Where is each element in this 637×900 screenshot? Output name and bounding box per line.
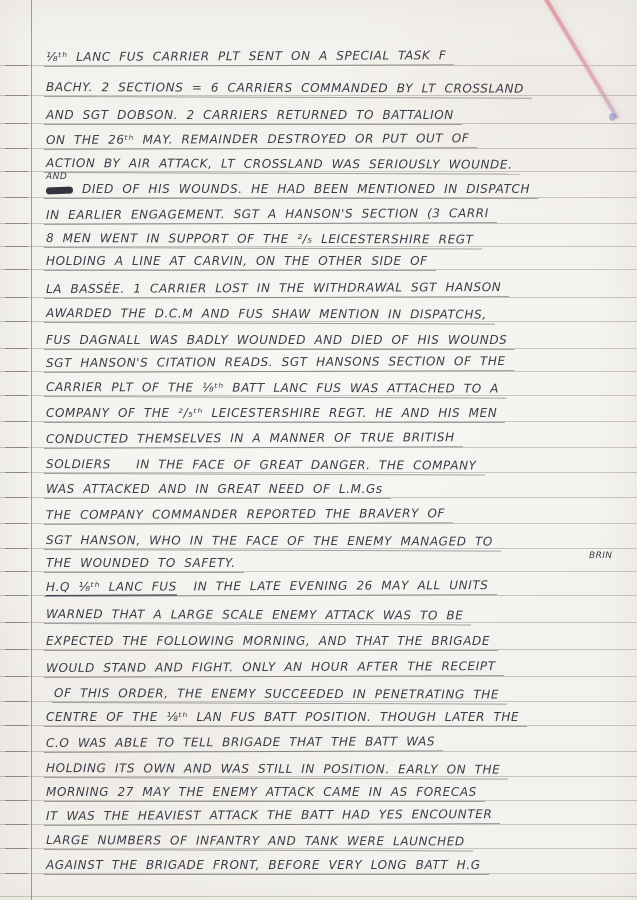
line-text: IT WAS THE HEAVIEST ATTACK THE BATT HAD … bbox=[46, 807, 492, 823]
line-text-group: AGAINST THE BRIGADE FRONT, BEFORE VERY L… bbox=[44, 858, 489, 875]
handwritten-line: ACTION BY AIR ATTACK, LT CROSSLAND WAS S… bbox=[0, 146, 637, 172]
line-text: HOLDING A LINE AT CARVIN, ON THE OTHER S… bbox=[46, 254, 428, 268]
line-text: ⅛ᵗʰ LANC FUS CARRIER PLT SENT ON A SPECI… bbox=[46, 48, 446, 64]
line-text: LA BASSÉE. 1 CARRIER LOST IN THE WITHDRA… bbox=[46, 280, 501, 296]
line-text-group: WAS ATTACKED AND IN GREAT NEED OF L.M.Gs bbox=[44, 482, 391, 499]
handwritten-line: H.Q ⅛ᵗʰ LANC FUS IN THE LATE EVENING 26 … bbox=[0, 570, 637, 596]
handwritten-line: AGAINST THE BRIGADE FRONT, BEFORE VERY L… bbox=[0, 848, 637, 874]
margin-rule-dash bbox=[5, 595, 28, 596]
line-text: LARGE NUMBERS OF INFANTRY AND TANK WERE … bbox=[46, 833, 465, 848]
handwritten-line: EXPECTED THE FOLLOWING MORNING, AND THAT… bbox=[0, 624, 637, 650]
inserted-word: AND bbox=[46, 172, 67, 182]
handwritten-line: CARRIER PLT OF THE ⅛ᵗʰ BATT LANC FUS WAS… bbox=[0, 370, 637, 396]
handwritten-line: WAS ATTACKED AND IN GREAT NEED OF L.M.Gs bbox=[0, 472, 637, 498]
line-text-group: DIED OF HIS WOUNDS. HE HAD BEEN MENTIONE… bbox=[44, 182, 538, 199]
handwritten-line: ⅛ᵗʰ LANC FUS CARRIER PLT SENT ON A SPECI… bbox=[0, 40, 637, 66]
handwritten-line: LA BASSÉE. 1 CARRIER LOST IN THE WITHDRA… bbox=[0, 272, 637, 298]
line-text: SGT HANSON'S CITATION READS. SGT HANSONS… bbox=[46, 354, 506, 370]
line-text: IN EARLIER ENGAGEMENT. SGT A HANSON'S SE… bbox=[46, 206, 489, 222]
handwritten-line: SOLDIERS IN THE FACE OF GREAT DANGER. TH… bbox=[0, 447, 637, 473]
line-text: WAS ATTACKED AND IN GREAT NEED OF L.M.Gs bbox=[46, 482, 383, 496]
line-text: WOULD STAND AND FIGHT. ONLY AN HOUR AFTE… bbox=[46, 659, 496, 675]
line-text: FUS DAGNALL WAS BADLY WOUNDED AND DIED O… bbox=[46, 333, 507, 347]
margin-rule-dash bbox=[5, 95, 28, 96]
line-text: AWARDED THE D.C.M AND FUS SHAW MENTION I… bbox=[46, 306, 487, 322]
handwritten-line: WARNED THAT A LARGE SCALE ENEMY ATTACK W… bbox=[0, 597, 637, 623]
line-text: THE COMPANY COMMANDER REPORTED THE BRAVE… bbox=[46, 506, 445, 522]
line-text-group: COMPANY OF THE ²/₅ᵗʰ LEICESTERSHIRE REGT… bbox=[44, 406, 505, 423]
line-text: ON THE 26ᵗʰ MAY. REMAINDER DESTROYED OR … bbox=[46, 131, 469, 147]
margin-rule-dash bbox=[5, 649, 28, 650]
handwritten-line: C.O WAS ABLE TO TELL BRIGADE THAT THE BA… bbox=[0, 726, 637, 752]
margin-rule-dash bbox=[5, 65, 28, 66]
handwritten-line: ANDDIED OF HIS WOUNDS. HE HAD BEEN MENTI… bbox=[0, 172, 637, 198]
handwritten-line: COMPANY OF THE ²/₅ᵗʰ LEICESTERSHIRE REGT… bbox=[0, 396, 637, 422]
margin-rule-dash bbox=[5, 873, 28, 874]
line-text-group: WARNED THAT A LARGE SCALE ENEMY ATTACK W… bbox=[44, 607, 471, 625]
line-text: MORNING 27 MAY THE ENEMY ATTACK CAME IN … bbox=[46, 785, 477, 799]
handwritten-line: BACHY. 2 SECTIONS = 6 CARRIERS COMMANDED… bbox=[0, 70, 637, 96]
line-text: CONDUCTED THEMSELVES IN A MANNER OF TRUE… bbox=[46, 430, 455, 446]
handwritten-line: HOLDING A LINE AT CARVIN, ON THE OTHER S… bbox=[0, 244, 637, 270]
line-text: CARRIER PLT OF THE ⅛ᵗʰ BATT LANC FUS WAS… bbox=[46, 380, 499, 396]
line-text-group: AWARDED THE D.C.M AND FUS SHAW MENTION I… bbox=[44, 306, 495, 325]
line-text: CENTRE OF THE ⅛ᵗʰ LAN FUS BATT POSITION.… bbox=[46, 710, 519, 724]
handwritten-line: WOULD STAND AND FIGHT. ONLY AN HOUR AFTE… bbox=[0, 651, 637, 677]
underlined-heading: H.Q ⅛ᵗʰ LANC FUS bbox=[46, 579, 177, 596]
line-text: BACHY. 2 SECTIONS = 6 CARRIERS COMMANDED… bbox=[46, 80, 524, 96]
handwritten-line: IT WAS THE HEAVIEST ATTACK THE BATT HAD … bbox=[0, 799, 637, 825]
line-text-group: ⅛ᵗʰ LANC FUS CARRIER PLT SENT ON A SPECI… bbox=[44, 48, 455, 67]
line-text-group: EXPECTED THE FOLLOWING MORNING, AND THAT… bbox=[44, 634, 498, 651]
strikethrough-scribble bbox=[46, 187, 73, 195]
line-text: EXPECTED THE FOLLOWING MORNING, AND THAT… bbox=[46, 634, 490, 648]
line-text: DIED OF HIS WOUNDS. HE HAD BEEN MENTIONE… bbox=[82, 182, 530, 196]
line-text-group: CENTRE OF THE ⅛ᵗʰ LAN FUS BATT POSITION.… bbox=[44, 710, 527, 727]
line-text-group: HOLDING A LINE AT CARVIN, ON THE OTHER S… bbox=[44, 254, 436, 271]
line-text: C.O WAS ABLE TO TELL BRIGADE THAT THE BA… bbox=[46, 734, 435, 750]
margin-rule-dash bbox=[5, 622, 28, 623]
line-text: THE WOUNDED TO SAFETY. bbox=[46, 556, 236, 570]
margin-rule-dash bbox=[5, 321, 28, 322]
document-page: ⅛ᵗʰ LANC FUS CARRIER PLT SENT ON A SPECI… bbox=[0, 0, 637, 900]
handwritten-line: LARGE NUMBERS OF INFANTRY AND TANK WERE … bbox=[0, 823, 637, 849]
ruled-line bbox=[0, 896, 637, 897]
line-text-group: H.Q ⅛ᵗʰ LANC FUS IN THE LATE EVENING 26 … bbox=[44, 578, 497, 597]
handwritten-line: AWARDED THE D.C.M AND FUS SHAW MENTION I… bbox=[0, 296, 637, 322]
margin-rule-dash bbox=[5, 269, 28, 270]
handwritten-line: CENTRE OF THE ⅛ᵗʰ LAN FUS BATT POSITION.… bbox=[0, 700, 637, 726]
line-text: ACTION BY AIR ATTACK, LT CROSSLAND WAS S… bbox=[46, 156, 513, 172]
handwritten-line: THE WOUNDED TO SAFETY. bbox=[0, 546, 637, 572]
handwritten-line: MORNING 27 MAY THE ENEMY ATTACK CAME IN … bbox=[0, 775, 637, 801]
line-text: SOLDIERS IN THE FACE OF GREAT DANGER. TH… bbox=[46, 457, 477, 473]
handwritten-line: THE COMPANY COMMANDER REPORTED THE BRAVE… bbox=[0, 498, 637, 524]
line-text: COMPANY OF THE ²/₅ᵗʰ LEICESTERSHIRE REGT… bbox=[46, 406, 497, 420]
line-text-group: BACHY. 2 SECTIONS = 6 CARRIERS COMMANDED… bbox=[44, 80, 532, 99]
inserted-word: BRIN bbox=[589, 551, 612, 561]
handwritten-line: AND SGT DOBSON. 2 CARRIERS RETURNED TO B… bbox=[0, 98, 637, 124]
line-text: AGAINST THE BRIGADE FRONT, BEFORE VERY L… bbox=[46, 858, 481, 872]
handwritten-line: CONDUCTED THEMSELVES IN A MANNER OF TRUE… bbox=[0, 422, 637, 448]
line-text: AND SGT DOBSON. 2 CARRIERS RETURNED TO B… bbox=[46, 108, 454, 122]
handwritten-line: SGT HANSON'S CITATION READS. SGT HANSONS… bbox=[0, 346, 637, 372]
line-text: WARNED THAT A LARGE SCALE ENEMY ATTACK W… bbox=[46, 607, 463, 622]
handwritten-line: HOLDING ITS OWN AND WAS STILL IN POSITIO… bbox=[0, 751, 637, 777]
paper-crease-tip bbox=[609, 113, 616, 121]
line-text: IN THE LATE EVENING 26 MAY ALL UNITS bbox=[177, 578, 489, 593]
handwritten-line: OF THIS ORDER, THE ENEMY SUCCEEDED IN PE… bbox=[0, 676, 637, 702]
